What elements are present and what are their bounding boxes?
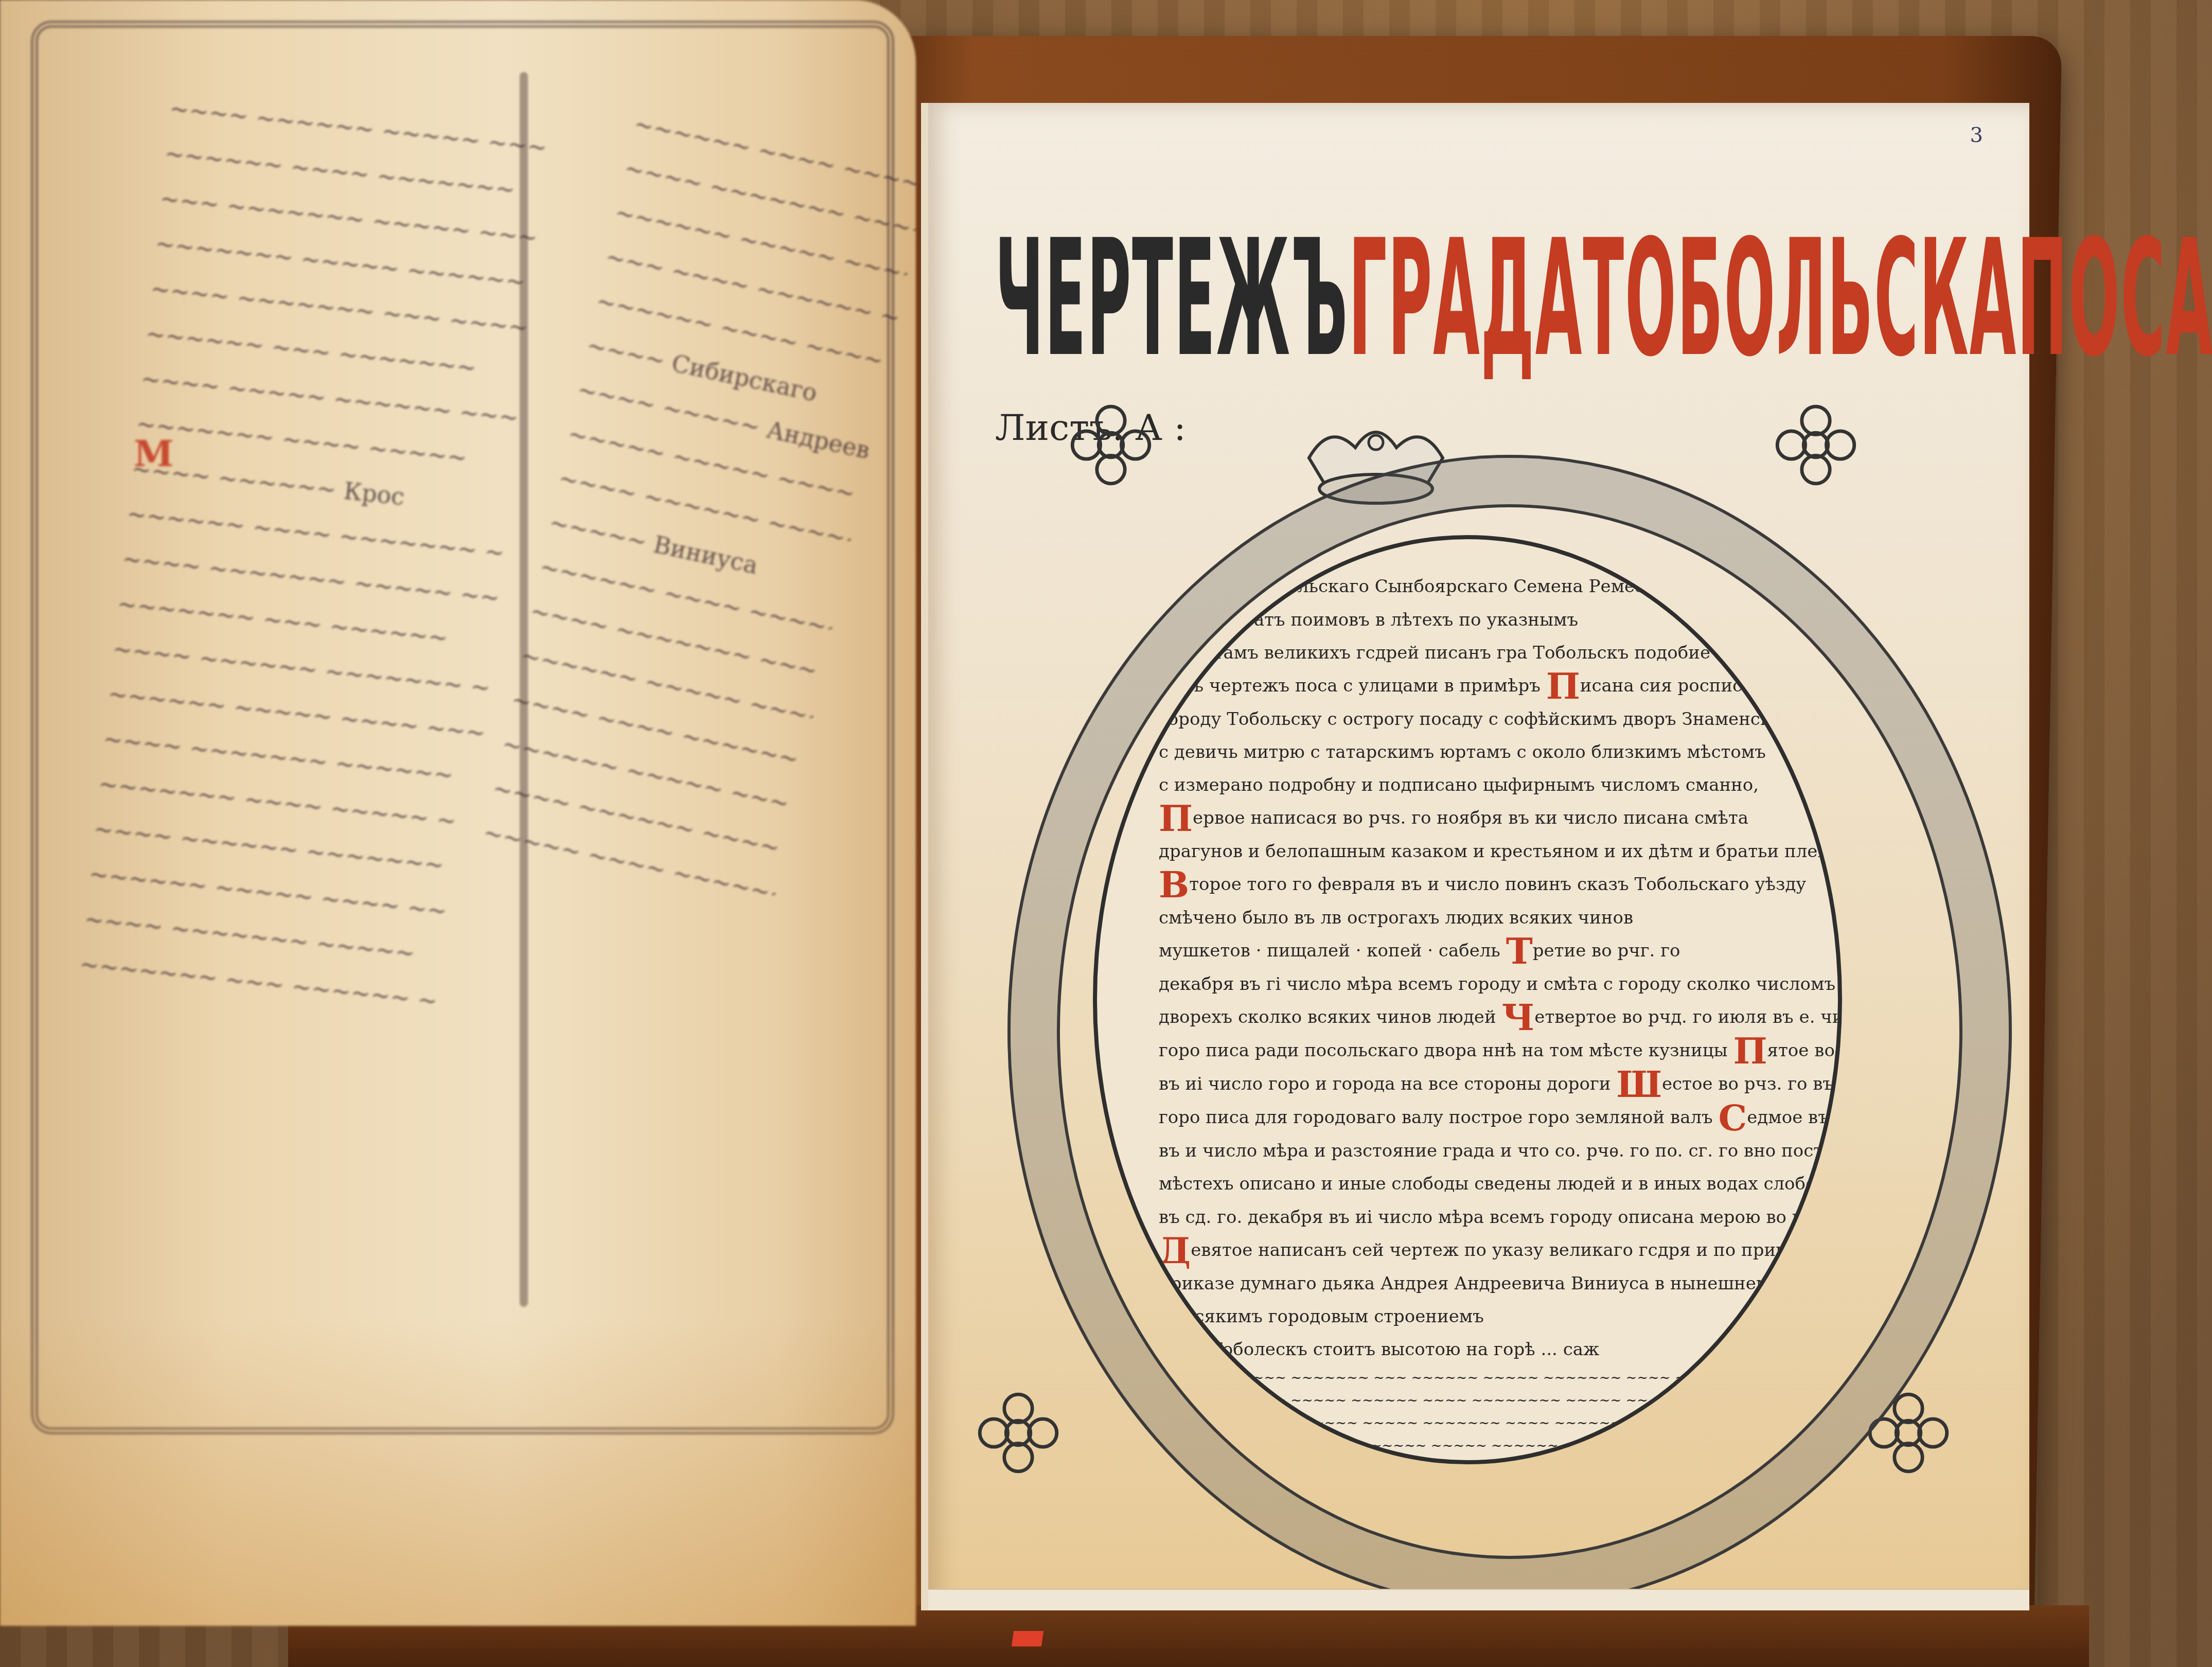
ribbon-bookmark[interactable] <box>1012 1631 1043 1646</box>
page-stack-edge <box>928 1589 2029 1610</box>
manuscript-body-text: Роспись Тобольскаго Сынбоярскаго Семена … <box>1159 570 1776 1464</box>
text-line: дворехъ сколко всяких чинов людей Четвер… <box>1159 1001 1776 1034</box>
text-line: городу Тобольску с острогу посаду с софѣ… <box>1159 703 1776 736</box>
title-word: ПОСАДОВЪ <box>2017 76 2212 521</box>
left-fragment: Крос <box>342 477 406 511</box>
text-line: горо писа для городоваго валу построе го… <box>1159 1101 1776 1134</box>
text-line: драгунов и белопашным казаком и крестьян… <box>1159 835 1776 868</box>
page-title-vyaz: ЧЕРТЕЖЪ ГРАДА ТОБОЛЬСКА ПОСАДОВЪ НАГОРНО… <box>995 206 1952 391</box>
text-line: приказе думнаго дьяка Андрея Андреевича … <box>1159 1267 1776 1300</box>
text-line: въ иі число горо и города на все стороны… <box>1159 1068 1776 1101</box>
text-line: Роспись Тобольскаго Сынбоярскаго Семена … <box>1159 570 1776 604</box>
text-line: Девятое написанъ сей чертеж по указу вел… <box>1159 1234 1776 1267</box>
text-line: грамотамъ великихъ гсдрей писанъ гра Тоб… <box>1159 636 1776 669</box>
text-line: горо писа ради посольскаго двора ннѣ на … <box>1159 1034 1776 1068</box>
left-page: ~~~~ ~~~~~~ ~~~~~ ~~~ ~~~~~~ ~~~~ ~~~~~~… <box>0 0 916 1626</box>
rosette-icon <box>1772 401 1860 489</box>
right-page: 3 ЧЕРТЕЖЪ ГРАДА ТОБОЛЬСКА ПОСАДОВЪ НАГОР… <box>921 103 2029 1610</box>
text-line: Второе того го февраля въ и число повинъ… <box>1159 868 1776 901</box>
oval-text-panel: Роспись Тобольскаго Сынбоярскаго Семена … <box>1093 535 1842 1464</box>
text-line: декабря въ гі число мѣра всемъ городу и … <box>1159 968 1776 1001</box>
text-line: с девичь митрю с татарскимъ юртамъ с око… <box>1159 736 1776 769</box>
text-line: семъ чертежъ поса с улицами в примѣръ Пи… <box>1159 669 1776 703</box>
text-line: с измерано подробну и подписано цыфирным… <box>1159 769 1776 802</box>
left-page-aging-stain <box>0 1317 916 1626</box>
oval-cartouche-frame: Роспись Тобольскаго Сынбоярскаго Семена … <box>980 370 1957 1502</box>
text-line: въ сд. го. декабря въ иі число мѣра всем… <box>1159 1201 1776 1234</box>
text-line: Гра Тоболескъ стоитъ высотою на горѣ ...… <box>1159 1333 1776 1367</box>
rosette-icon <box>975 1389 1062 1477</box>
dense-small-paragraph: ~~~~~~ ~~~~~ ~~~~~~~ ~~~ ~~~~~~ ~~~~~ ~~… <box>1159 1367 1776 1464</box>
left-page-red-initial: М <box>134 432 174 475</box>
text-line: Первое написася во рчѕ. го ноября въ ки … <box>1159 802 1776 835</box>
text-line: смѣчено было въ лв острогахъ людих всяки… <box>1159 901 1776 934</box>
text-line: въ и число мѣра и разстояние града и что… <box>1159 1134 1776 1167</box>
text-line: мѣстехъ описано и иные слободы сведены л… <box>1159 1167 1776 1201</box>
text-line: Сколко кратъ поимовъ в лѣтехъ по указным… <box>1159 604 1776 636</box>
rosette-icon <box>1067 401 1155 489</box>
text-line: мушкетов · пищалей · копей · сабель Трет… <box>1159 934 1776 968</box>
text-line: со всякимъ городовым строениемъ <box>1159 1300 1776 1333</box>
